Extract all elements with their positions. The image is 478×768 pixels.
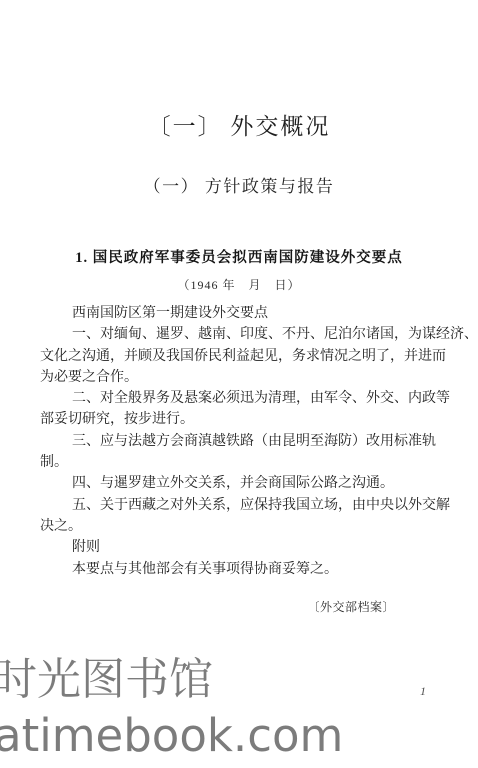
body-text-line: 三、应与法越方会商滇越铁路（由昆明至海防）改用标准轨 bbox=[40, 431, 448, 452]
book-page: 〔一〕 外交概况 （一） 方针政策与报告 1. 国民政府军事委员会拟西南国防建设… bbox=[0, 0, 478, 768]
archive-note: 〔外交部档案〕 bbox=[307, 598, 395, 615]
body-text-line: 决之。 bbox=[40, 516, 448, 537]
body-text-line: 二、对全般界务及悬案必须迅为清理，由军令、外交、内政等 bbox=[40, 388, 448, 409]
body-text-line: 文化之沟通，并顾及我国侨民利益起见，务求情况之明了，并进而 bbox=[40, 346, 448, 367]
document-date: （1946 年 月 日） bbox=[0, 276, 478, 293]
body-text-line: 制。 bbox=[40, 452, 448, 473]
body-text-line: 五、关于西藏之对外关系，应保持我国立场，由中央以外交解 bbox=[40, 495, 448, 516]
body-text-line: 四、与暹罗建立外交关系，并会商国际公路之沟通。 bbox=[40, 473, 448, 494]
body-text-line: 一、对缅甸、暹罗、越南、印度、不丹、尼泊尔诸国，为谋经济、 bbox=[40, 324, 448, 345]
body-text-line: 部妥切研究，按步进行。 bbox=[40, 409, 448, 430]
watermark-site-url: atimebook.com bbox=[0, 712, 343, 759]
watermark-site-name: 时光图书馆 bbox=[0, 658, 213, 702]
body-text-line: 为必要之合作。 bbox=[40, 367, 448, 388]
chapter-title: 〔一〕 外交概况 bbox=[0, 108, 478, 141]
section-title: （一） 方针政策与报告 bbox=[0, 172, 478, 197]
document-body: 西南国防区第一期建设外交要点一、对缅甸、暹罗、越南、印度、不丹、尼泊尔诸国，为谋… bbox=[40, 303, 448, 580]
body-text-line: 本要点与其他部会有关事项得协商妥筹之。 bbox=[40, 559, 448, 580]
body-text-line: 附则 bbox=[40, 537, 448, 558]
document-heading: 1. 国民政府军事委员会拟西南国防建设外交要点 bbox=[0, 246, 478, 267]
page-number: 1 bbox=[420, 684, 426, 699]
body-text-line: 西南国防区第一期建设外交要点 bbox=[40, 303, 448, 324]
